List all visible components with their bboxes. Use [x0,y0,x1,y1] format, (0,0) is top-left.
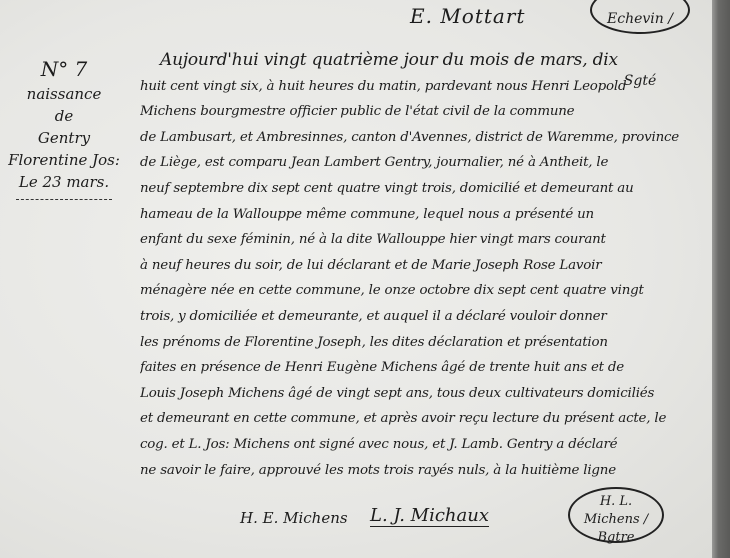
body-line: Aujourd'hui vingt quatrième jour du mois… [140,48,706,74]
body-line: cog. et L. Jos: Michens ont signé avec n… [140,432,706,458]
header-signature: E. Mottart [410,4,525,28]
margin-line: naissance [0,83,128,105]
body-line: et demeurant en cette commune, et après … [140,406,706,432]
body-line: de Liège, est comparu Jean Lambert Gentr… [140,150,706,176]
body-line: Louis Joseph Michens âgé de vingt sept a… [140,381,706,407]
body-line: ne savoir le faire, approuvé les mots tr… [140,458,706,484]
margin-annotation: N° 7 naissance de Gentry Florentine Jos:… [0,55,128,200]
body-line: huit cent vingt six, à huit heures du ma… [140,74,706,100]
body-line: faites en présence de Henri Eugène Miche… [140,355,706,381]
scan-page-edge [712,0,730,558]
margin-line: Florentine Jos: [0,149,128,171]
witness-signature: H. E. Michens [240,509,348,527]
witness-signature: L. J. Michaux [370,505,489,527]
record-body: Aujourd'hui vingt quatrième jour du mois… [140,48,706,483]
signature-block: H. E. Michens L. J. Michaux H. L. Michen… [240,505,710,555]
body-line: à neuf heures du soir, de lui déclarant … [140,253,706,279]
body-line: Michens bourgmestre officier public de l… [140,99,706,125]
body-line: les prénoms de Florentine Joseph, les di… [140,330,706,356]
record-number: N° 7 [0,55,128,83]
body-line: neuf septembre dix sept cent quatre ving… [140,176,706,202]
scanned-register-page: E. Mottart Echevin / Sgté N° 7 naissance… [0,0,712,558]
body-line: ménagère née en cette commune, le onze o… [140,278,706,304]
margin-divider [16,199,112,200]
margin-line: Gentry [0,127,128,149]
body-line: hameau de la Wallouppe même commune, leq… [140,202,706,228]
body-line: enfant du sexe féminin, né à la dite Wal… [140,227,706,253]
margin-line: de [0,105,128,127]
mayor-signature-seal: H. L. Michens / Bgtre [568,487,664,543]
body-line: trois, y domiciliée et demeurante, et au… [140,304,706,330]
body-line: de Lambusart, et Ambresinnes, canton d'A… [140,125,706,151]
header-seal: Echevin / Sgté [590,0,690,34]
margin-line: Le 23 mars. [0,171,128,193]
